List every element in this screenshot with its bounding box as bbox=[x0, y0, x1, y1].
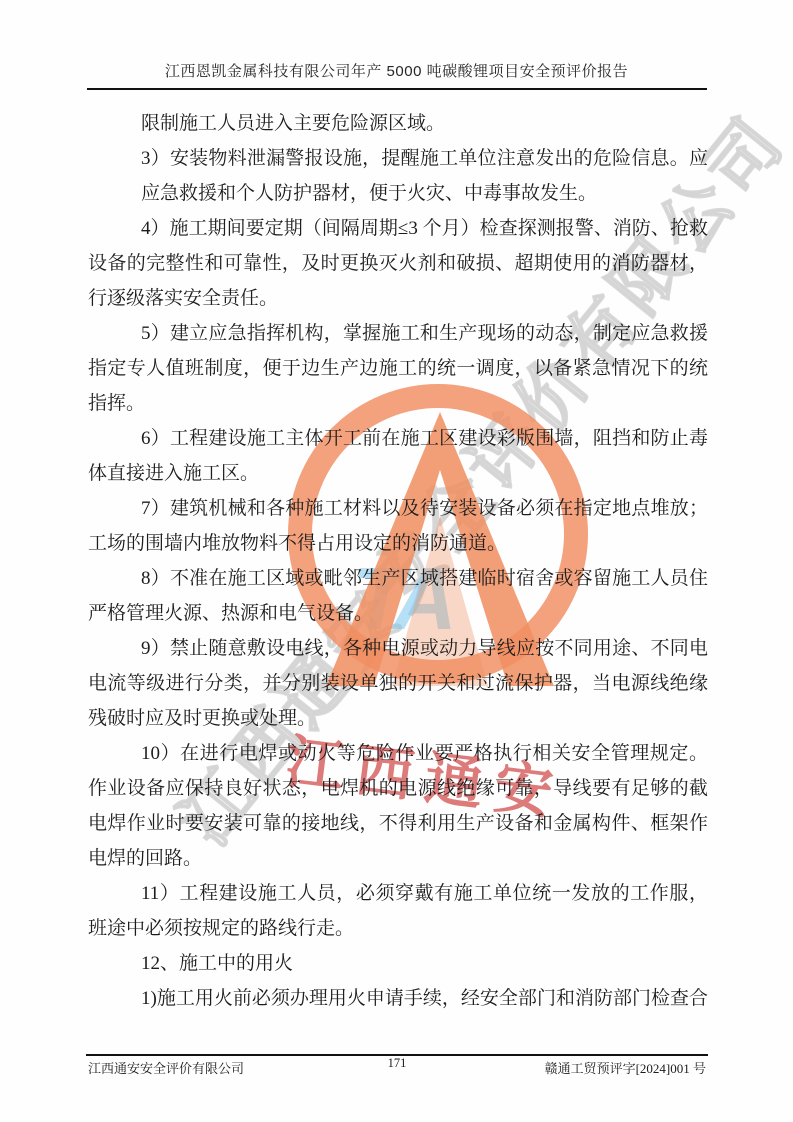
body-line: 11）工程建设施工人员，必须穿戴有施工单位统一发放的工作服，上下 bbox=[88, 876, 708, 911]
header-rule bbox=[87, 88, 707, 90]
body-line: 电焊作业时要安装可靠的接地线，不得利用生产设备和金属构件、框架作为 bbox=[88, 806, 708, 841]
body-line: 4）施工期间要定期（间隔周期≤3 个月）检查探测报警、消防、抢救等 bbox=[88, 211, 708, 246]
body-line: 指挥。 bbox=[88, 386, 708, 421]
body-line: 7）建筑机械和各种施工材料以及待安装设备必须在指定地点堆放；在施 bbox=[88, 491, 708, 526]
document-page: 江西通安安全评价有限公司 TA 江西通安 江西恩凯金属科技有限公司年产 5000… bbox=[0, 0, 793, 1122]
body-line: 作业设备应保持良好状态，电焊机的电源线绝缘可靠，导线要有足够的截面， bbox=[88, 771, 708, 806]
body-line: 12、施工中的用火 bbox=[88, 946, 708, 981]
body-line: 限制施工人员进入主要危险源区域。 bbox=[88, 106, 708, 141]
body-line: 工场的围墙内堆放物料不得占用设定的消防通道。 bbox=[88, 526, 708, 561]
body-line: 严格管理火源、热源和电气设备。 bbox=[88, 596, 708, 631]
body-line: 残破时应及时更换或处理。 bbox=[88, 701, 708, 736]
body-line: 10）在进行电焊或动火等危险作业要严格执行相关安全管理规定。电焊 bbox=[88, 736, 708, 771]
body-line: 3）安装物料泄漏警报设施，提醒施工单位注意发出的危险信息。应配置 bbox=[88, 141, 708, 176]
body-line: 班途中必须按规定的路线行走。 bbox=[88, 911, 708, 946]
body-line: 5）建立应急指挥机构，掌握施工和生产现场的动态，制定应急救援预案， bbox=[88, 316, 708, 351]
body-line: 8）不准在施工区域或毗邻生产区域搭建临时宿舍或容留施工人员住宿， bbox=[88, 561, 708, 596]
footer: 江西通安安全评价有限公司 171 赣通工贸预评字[2024]001 号 bbox=[88, 1058, 706, 1077]
body-line: 应急救援和个人防护器材，便于火灾、中毒事故发生。 bbox=[88, 176, 708, 211]
footer-doc-number: 赣通工贸预评字[2024]001 号 bbox=[466, 1058, 706, 1077]
body-line: 电流等级进行分类，并分别装设单独的开关和过流保护器，当电源线绝缘层 bbox=[88, 666, 708, 701]
footer-company-name: 江西通安安全评价有限公司 bbox=[88, 1058, 328, 1077]
body-line: 体直接进入施工区。 bbox=[88, 456, 708, 491]
body-line: 设备的完整性和可靠性，及时更换灭火剂和破损、超期使用的消防器材， 实 bbox=[88, 246, 708, 281]
body-line: 9）禁止随意敷设电线，各种电源或动力导线应按不同用途、不同电压/ bbox=[88, 631, 708, 666]
body-line: 指定专人值班制度，便于边生产边施工的统一调度，以备紧急情况下的统一 bbox=[88, 351, 708, 386]
footer-page-number: 171 bbox=[357, 1056, 437, 1071]
page-header-title: 江西恩凯金属科技有限公司年产 5000 吨碳酸锂项目安全预评价报告 bbox=[0, 60, 793, 81]
body-line: 6）工程建设施工主体开工前在施工区建设彩版围墙，阻挡和防止毒害气 bbox=[88, 421, 708, 456]
body-line: 电焊的回路。 bbox=[88, 841, 708, 876]
body-line: 1)施工用火前必须办理用火申请手续，经安全部门和消防部门检查合格， bbox=[88, 981, 708, 1016]
body-line: 行逐级落实安全责任。 bbox=[88, 281, 708, 316]
body-text: 限制施工人员进入主要危险源区域。3）安装物料泄漏警报设施，提醒施工单位注意发出的… bbox=[88, 106, 708, 1016]
